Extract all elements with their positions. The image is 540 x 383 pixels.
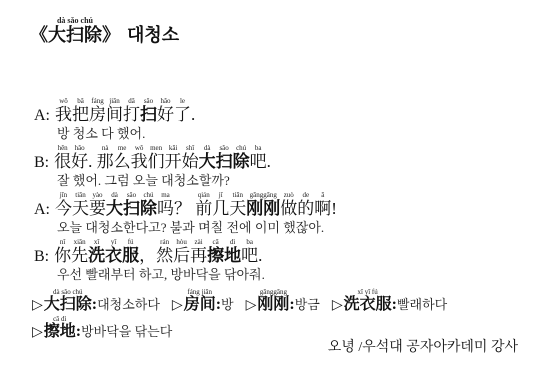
pinyin-annotation: nà xyxy=(97,144,114,152)
pinyin-annotation: dà xyxy=(199,144,216,152)
pinyin-annotation: wǒ xyxy=(131,144,148,152)
pinyin-annotation: dà sǎo chú xyxy=(48,16,102,25)
chinese-sentence: 很hěn好hǎo. 那nà么me我wǒ们men开kāi始shǐ大dà扫sǎo除c… xyxy=(54,152,271,171)
vocab-term: 洗衣服xǐ yī fú xyxy=(344,296,392,313)
hanzi-with-pinyin: 把bǎ xyxy=(72,105,89,124)
author-credit: 오녕 /우석대 공자아카데미 강사 xyxy=(328,336,518,356)
pinyin-annotation: sǎo xyxy=(140,97,157,105)
pinyin-annotation: dà sǎo chú xyxy=(44,288,92,296)
hanzi-with-pinyin: 你nǐ xyxy=(54,246,71,265)
pinyin-annotation: gānggāng xyxy=(257,288,289,296)
hanzi-with-pinyin: 今jīn xyxy=(55,199,72,218)
hanzi-with-pinyin: 大dà xyxy=(199,152,216,171)
vocab-meaning: 방금 xyxy=(295,297,320,312)
pinyin-annotation: fú xyxy=(122,238,139,246)
pinyin-annotation: dǎ xyxy=(123,97,140,105)
pinyin-annotation: hěn xyxy=(54,144,71,152)
pinyin-annotation: jǐ xyxy=(212,191,229,199)
hanzi-with-pinyin: 然rán xyxy=(156,246,173,265)
hanzi-with-pinyin: 除chú xyxy=(233,152,250,171)
vocab-entry: ▷大扫除dà sǎo chú:대청소하다 xyxy=(32,296,160,313)
speaker-label: A: xyxy=(34,107,50,124)
punctuation: ， xyxy=(139,246,156,265)
dialogue-line: B:很hěn好hǎo. 那nà么me我wǒ们men开kāi始shǐ大dà扫sǎo… xyxy=(34,144,526,189)
hanzi-with-pinyin: 擦cā xyxy=(207,246,224,265)
vocab-term: 擦地cā dì xyxy=(44,323,76,340)
vocab-row: ▷大扫除dà sǎo chú:대청소하다▷房间fáng jiān:방▷刚刚gān… xyxy=(32,288,532,314)
hanzi-with-pinyin: 衣yī xyxy=(105,246,122,265)
chinese-sentence-line: A:今jīn天tiān要yào大dà扫sǎo除chú吗ma？ 前qián几jǐ天… xyxy=(34,191,526,219)
pinyin-annotation: dà xyxy=(106,191,123,199)
punctuation: 《 xyxy=(30,25,48,45)
pinyin-annotation: cā xyxy=(207,238,224,246)
pinyin-annotation: zài xyxy=(190,238,207,246)
pinyin-annotation: sǎo xyxy=(216,144,233,152)
triangle-bullet-icon: ▷ xyxy=(32,325,43,340)
hanzi-with-pinyin: 天tiān xyxy=(72,199,89,218)
pinyin-annotation: shǐ xyxy=(182,144,199,152)
pinyin-annotation: rán xyxy=(156,238,173,246)
pinyin-annotation: wǒ xyxy=(55,97,72,105)
hanzi-with-pinyin: 服fú xyxy=(122,246,139,265)
punctuation: ! xyxy=(331,199,337,218)
hanzi-with-pinyin: 扫sǎo xyxy=(216,152,233,171)
vocab-meaning: 빨래하다 xyxy=(397,297,447,312)
hanzi-with-pinyin: 开kāi xyxy=(165,152,182,171)
pinyin-annotation: ba xyxy=(250,144,267,152)
hanzi-with-pinyin: 几jǐ xyxy=(212,199,229,218)
hanzi-with-pinyin: 间jiān xyxy=(106,105,123,124)
hanzi-with-pinyin: 刚刚gānggāng xyxy=(246,199,280,218)
punctuation: . xyxy=(258,246,262,265)
speaker-label: A: xyxy=(34,201,50,218)
pinyin-annotation: men xyxy=(148,144,165,152)
pinyin-annotation: dì xyxy=(224,238,241,246)
pinyin-annotation: xǐ yī fú xyxy=(344,288,392,296)
vocab-meaning: 대청소하다 xyxy=(97,297,160,312)
hanzi-with-pinyin: 的de xyxy=(297,199,314,218)
hanzi-with-pinyin: 做zuò xyxy=(280,199,297,218)
dialogue-line: A:我wǒ把bǎ房fáng间jiān打dǎ扫sǎo好hǎo了le.방 청소 다 … xyxy=(34,97,526,142)
chinese-sentence-line: B:很hěn好hǎo. 那nà么me我wǒ们men开kāi始shǐ大dà扫sǎo… xyxy=(34,144,526,172)
punctuation: . xyxy=(191,105,195,124)
vocab-entry: ▷刚刚gānggāng:방금 xyxy=(246,296,320,313)
hanzi-with-pinyin: 房fáng xyxy=(89,105,106,124)
punctuation: . xyxy=(88,152,97,171)
pinyin-annotation: fáng jiān xyxy=(184,288,216,296)
hanzi-with-pinyin: 打dǎ xyxy=(123,105,140,124)
hanzi-with-pinyin: 我wǒ xyxy=(131,152,148,171)
hanzi-with-pinyin: 后hòu xyxy=(173,246,190,265)
hanzi-with-pinyin: 好hǎo xyxy=(157,105,174,124)
pinyin-annotation: ā xyxy=(314,191,331,199)
korean-translation: 방 청소 다 했어. xyxy=(57,126,526,142)
hanzi-with-pinyin: 吗ma xyxy=(157,199,174,218)
hanzi-with-pinyin: 地dì xyxy=(224,246,241,265)
speaker-label: B: xyxy=(34,154,49,171)
pinyin-annotation: fáng xyxy=(89,97,106,105)
hanzi-with-pinyin: 么me xyxy=(114,152,131,171)
pinyin-annotation: le xyxy=(174,97,191,105)
hanzi-with-pinyin: 大扫除dà sǎo chú xyxy=(48,25,102,45)
punctuation: . xyxy=(267,152,271,171)
hanzi-with-pinyin: 始shǐ xyxy=(182,152,199,171)
hanzi-with-pinyin: 扫sǎo xyxy=(123,199,140,218)
pinyin-annotation: sǎo xyxy=(123,191,140,199)
vocab-section: ▷大扫除dà sǎo chú:대청소하다▷房间fáng jiān:방▷刚刚gān… xyxy=(32,288,532,342)
vocab-meaning: 방 xyxy=(221,297,234,312)
pinyin-annotation: hǎo xyxy=(157,97,174,105)
pinyin-annotation: jīn xyxy=(55,191,72,199)
pinyin-annotation: qián xyxy=(195,191,212,199)
hanzi-with-pinyin: 要yào xyxy=(89,199,106,218)
speaker-label: B: xyxy=(34,248,49,265)
chinese-sentence: 我wǒ把bǎ房fáng间jiān打dǎ扫sǎo好hǎo了le. xyxy=(55,105,195,124)
pinyin-annotation: xiān xyxy=(71,238,88,246)
triangle-bullet-icon: ▷ xyxy=(332,298,343,313)
punctuation: ？ xyxy=(174,199,195,218)
pinyin-annotation: chú xyxy=(140,191,157,199)
vocab-entry: ▷房间fáng jiān:방 xyxy=(172,296,234,313)
hanzi-with-pinyin: 好hǎo xyxy=(71,152,88,171)
chinese-sentence: 今jīn天tiān要yào大dà扫sǎo除chú吗ma？ 前qián几jǐ天ti… xyxy=(55,199,337,218)
dialogue-line: B:你nǐ先xiān洗xǐ衣yī服fú，然rán后hòu再zài擦cā地dì吧b… xyxy=(34,238,526,283)
hanzi-with-pinyin: 除chú xyxy=(140,199,157,218)
pinyin-annotation: xǐ xyxy=(88,238,105,246)
pinyin-annotation: ma xyxy=(157,191,174,199)
hanzi-with-pinyin: 了le xyxy=(174,105,191,124)
pinyin-annotation: cā dì xyxy=(44,315,76,323)
hanzi-with-pinyin: 大dà xyxy=(106,199,123,218)
hanzi-with-pinyin: 很hěn xyxy=(54,152,71,171)
pinyin-annotation: zuò xyxy=(280,191,297,199)
vocab-term: 大扫除dà sǎo chú xyxy=(44,296,92,313)
pinyin-annotation: tiān xyxy=(229,191,246,199)
pinyin-annotation: yào xyxy=(89,191,106,199)
triangle-bullet-icon: ▷ xyxy=(32,298,43,313)
korean-translation: 잘 했어. 그럼 오늘 대청소할까? xyxy=(57,173,526,189)
chinese-sentence-line: B:你nǐ先xiān洗xǐ衣yī服fú，然rán后hòu再zài擦cā地dì吧b… xyxy=(34,238,526,266)
chinese-sentence: 你nǐ先xiān洗xǐ衣yī服fú，然rán后hòu再zài擦cā地dì吧ba. xyxy=(54,246,262,265)
pinyin-annotation: hǎo xyxy=(71,144,88,152)
hanzi-with-pinyin: 们men xyxy=(148,152,165,171)
hanzi-with-pinyin: 我wǒ xyxy=(55,105,72,124)
page-title: 《大扫除dà sǎo chú》대청소 xyxy=(30,16,179,47)
hanzi-with-pinyin: 再zài xyxy=(190,246,207,265)
hanzi-with-pinyin: 前qián xyxy=(195,199,212,218)
pinyin-annotation: ba xyxy=(241,238,258,246)
hanzi-with-pinyin: 天tiān xyxy=(229,199,246,218)
vocab-entry: ▷洗衣服xǐ yī fú:빨래하다 xyxy=(332,296,447,313)
hanzi-with-pinyin: 吧ba xyxy=(250,152,267,171)
vocab-meaning: 방바닥을 닦는다 xyxy=(81,324,172,339)
hanzi-with-pinyin: 那nà xyxy=(97,152,114,171)
pinyin-annotation: tiān xyxy=(72,191,89,199)
hanzi-with-pinyin: 先xiān xyxy=(71,246,88,265)
hanzi-with-pinyin: 扫sǎo xyxy=(140,105,157,124)
vocab-entry: ▷擦地cā dì:방바닥을 닦는다 xyxy=(32,323,172,340)
vocab-term: 房间fáng jiān xyxy=(184,296,216,313)
pinyin-annotation: yī xyxy=(105,238,122,246)
pinyin-annotation: hòu xyxy=(173,238,190,246)
pinyin-annotation: bǎ xyxy=(72,97,89,105)
pinyin-annotation: de xyxy=(297,191,314,199)
pinyin-annotation: nǐ xyxy=(54,238,71,246)
pinyin-annotation: jiān xyxy=(106,97,123,105)
triangle-bullet-icon: ▷ xyxy=(172,298,183,313)
title-chinese: 《大扫除dà sǎo chú》 xyxy=(30,25,120,45)
triangle-bullet-icon: ▷ xyxy=(246,298,257,313)
chinese-sentence-line: A:我wǒ把bǎ房fáng间jiān打dǎ扫sǎo好hǎo了le. xyxy=(34,97,526,125)
korean-translation: 우선 빨래부터 하고, 방바닥을 닦아줘. xyxy=(57,267,526,283)
hanzi-with-pinyin: 洗xǐ xyxy=(88,246,105,265)
hanzi-with-pinyin: 啊ā xyxy=(314,199,331,218)
punctuation: 》 xyxy=(102,25,120,45)
pinyin-annotation: kāi xyxy=(165,144,182,152)
dialogue-line: A:今jīn天tiān要yào大dà扫sǎo除chú吗ma？ 前qián几jǐ天… xyxy=(34,191,526,236)
title-korean: 대청소 xyxy=(127,25,179,45)
hanzi-with-pinyin: 吧ba xyxy=(241,246,258,265)
pinyin-annotation: gānggāng xyxy=(246,191,280,199)
pinyin-annotation: chú xyxy=(233,144,250,152)
vocab-term: 刚刚gānggāng xyxy=(257,296,289,313)
korean-translation: 오늘 대청소한다고? 불과 며칠 전에 이미 했잖아. xyxy=(57,220,526,236)
dialogue-section: A:我wǒ把bǎ房fáng间jiān打dǎ扫sǎo好hǎo了le.방 청소 다 … xyxy=(34,97,526,285)
pinyin-annotation: me xyxy=(114,144,131,152)
